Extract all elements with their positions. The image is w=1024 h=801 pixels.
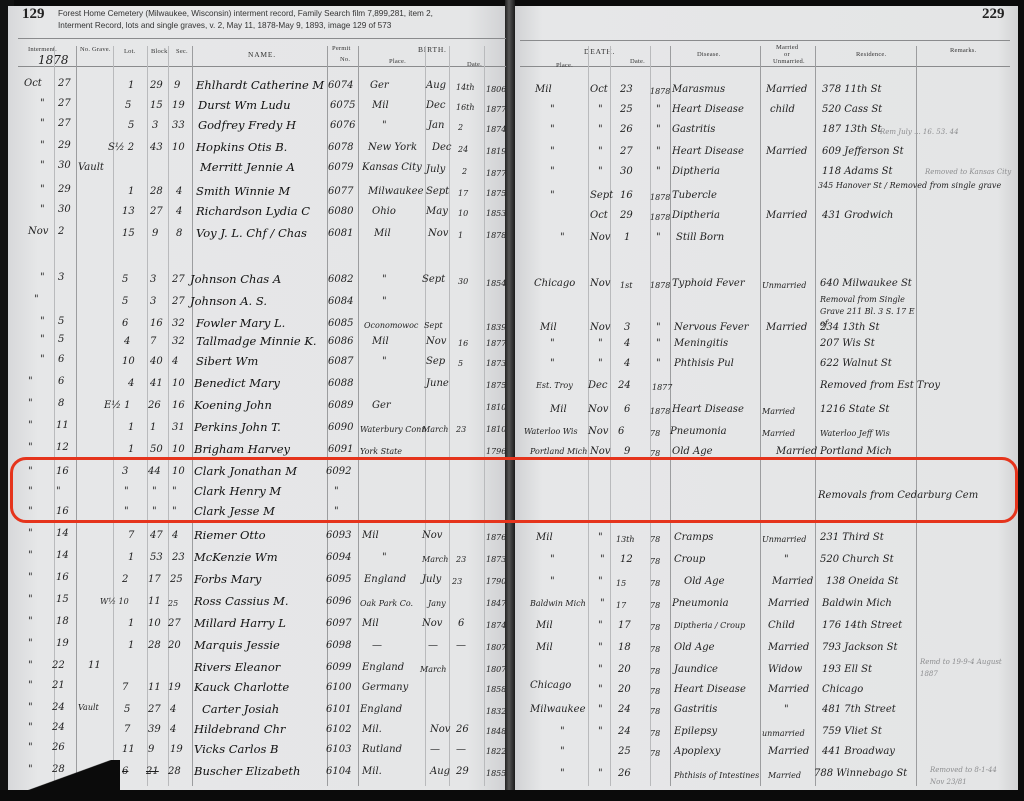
col-remarks: Remarks. <box>950 47 976 54</box>
col-divider <box>168 46 169 786</box>
col-divider <box>916 46 917 786</box>
scan-bottom-edge <box>0 790 1024 801</box>
col-divider <box>327 46 328 786</box>
col-death-place: Place. <box>556 62 573 69</box>
col-name: NAME. <box>248 50 276 59</box>
col-divider <box>113 46 114 786</box>
col-divider <box>54 46 55 786</box>
col-divider <box>760 46 761 786</box>
left-page-number: 129 <box>22 6 45 23</box>
header-rule-top-left <box>18 38 506 39</box>
col-divider <box>484 46 485 786</box>
col-unmarried: Unmarried. <box>773 58 805 65</box>
col-divider <box>76 46 77 786</box>
record-caption: Forest Home Cemetery (Milwaukee, Wiscons… <box>58 8 458 32</box>
col-permit-no: No. <box>340 56 350 63</box>
col-divider <box>449 46 450 786</box>
col-death-date: Date. <box>630 58 645 65</box>
col-interment: Interment. <box>28 46 57 53</box>
col-no-grave: No. Grave. <box>80 46 111 53</box>
col-married-or: or <box>784 51 790 58</box>
right-page-number: 229 <box>982 6 1005 23</box>
header-rule-bottom-right <box>520 66 1010 67</box>
col-disease: Disease. <box>697 51 720 58</box>
col-sec: Sec. <box>176 48 188 55</box>
col-birth: BIRTH. <box>418 45 447 54</box>
col-divider <box>358 46 359 786</box>
caption-line-2: Interment Record, lots and single graves… <box>58 20 458 32</box>
header-rule-top-right <box>520 40 1010 41</box>
col-married: Married <box>776 44 798 51</box>
col-block: Block. <box>151 48 169 55</box>
col-divider <box>192 46 193 786</box>
col-divider <box>610 46 611 786</box>
caption-line-1: Forest Home Cemetery (Milwaukee, Wiscons… <box>58 8 458 20</box>
col-permit: Permit <box>332 45 351 52</box>
col-birth-place: Place. <box>389 58 406 65</box>
col-residence: Residence. <box>856 51 886 58</box>
book-gutter <box>505 0 515 801</box>
col-divider <box>588 46 589 786</box>
col-divider <box>147 46 148 786</box>
col-birth-date: Date. <box>467 61 482 68</box>
col-divider <box>815 46 816 786</box>
col-lot: Lot. <box>124 48 135 55</box>
header-rule-bottom-left <box>18 66 506 67</box>
